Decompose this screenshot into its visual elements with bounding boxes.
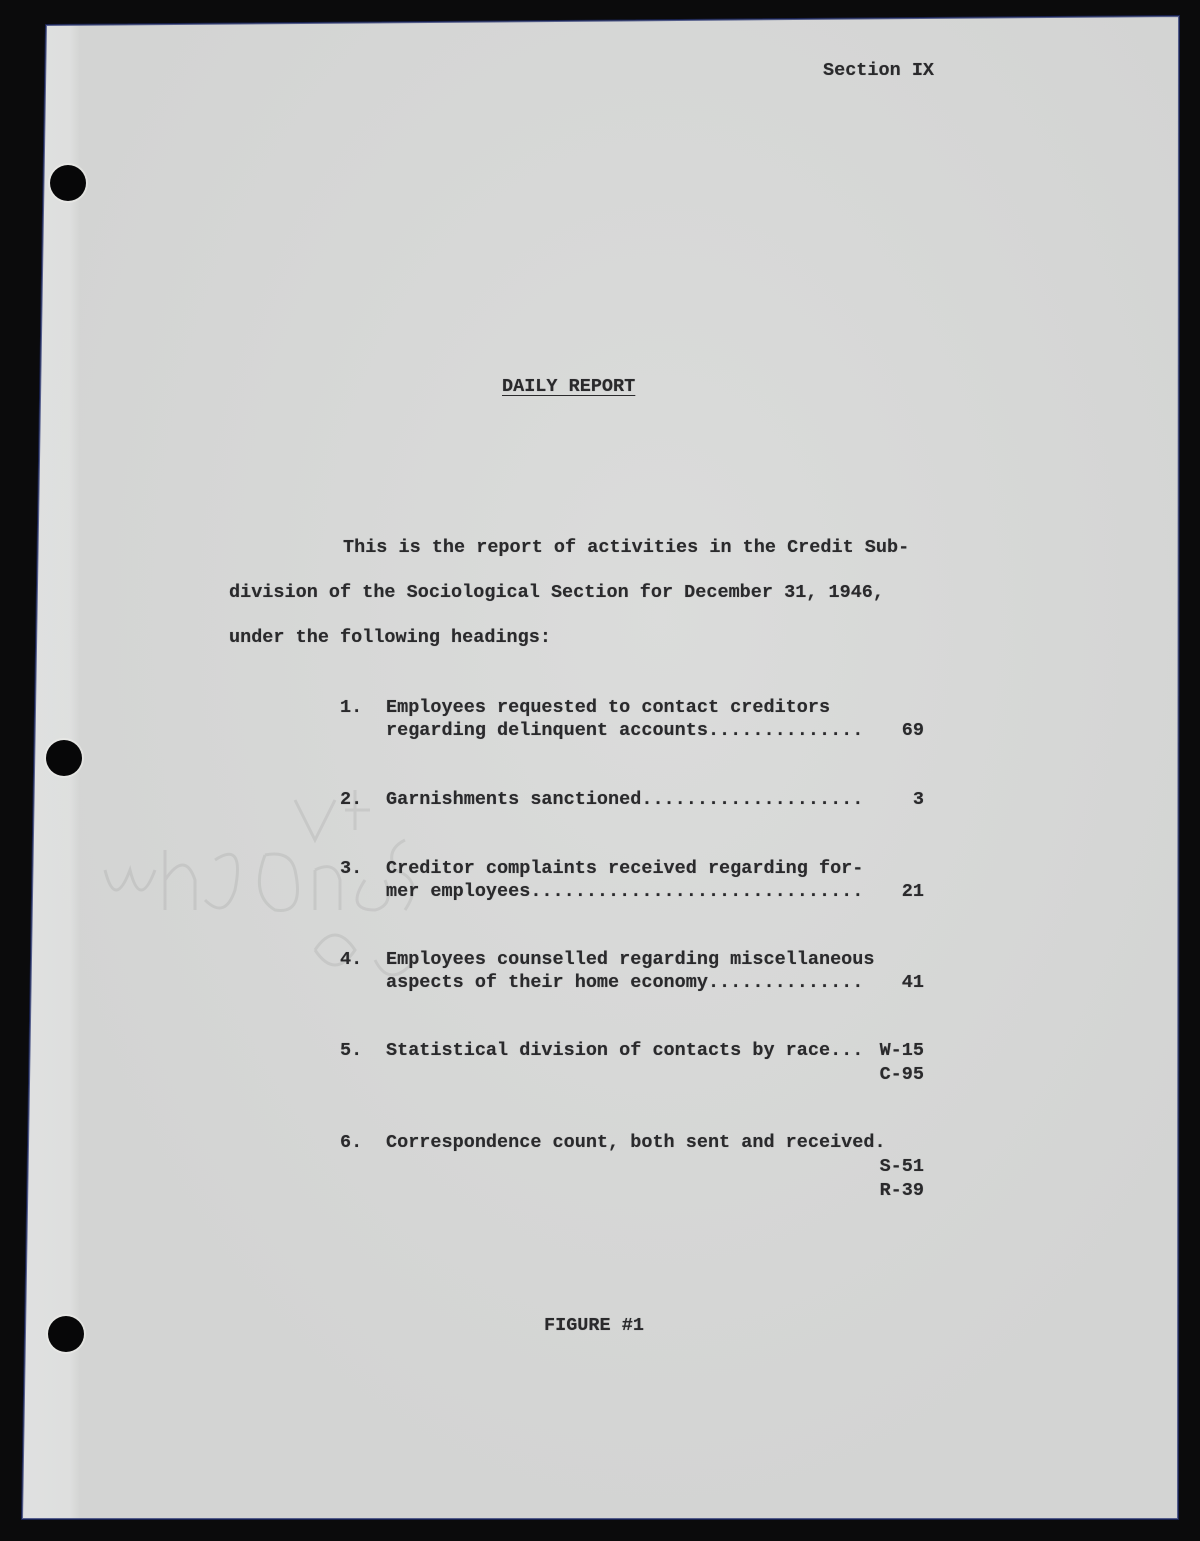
- item-number: 4.: [340, 948, 362, 971]
- item-text-line-1: Garnishments sanctioned.................…: [386, 788, 863, 811]
- paper-texture: [0, 0, 1200, 1541]
- item-value-colored: C-95: [880, 1063, 924, 1086]
- item-value: 21: [902, 880, 924, 903]
- punch-hole-top: [50, 165, 86, 201]
- item-number: 5.: [340, 1039, 362, 1062]
- punch-hole-middle: [46, 740, 82, 776]
- item-value: 41: [902, 971, 924, 994]
- item-value-received: R-39: [880, 1179, 924, 1202]
- item-text-line-2: mer employees...........................…: [386, 880, 863, 903]
- intro-line-2: division of the Sociological Section for…: [229, 581, 884, 604]
- figure-label: FIGURE #1: [544, 1314, 644, 1337]
- item-value-white: W-15: [880, 1039, 924, 1062]
- item-value: 69: [902, 719, 924, 742]
- intro-line-3: under the following headings:: [229, 626, 551, 649]
- page-title: DAILY REPORT: [502, 375, 635, 398]
- section-label: Section IX: [823, 59, 934, 82]
- intro-line-1: This is the report of activities in the …: [343, 536, 909, 559]
- item-text-line-1: Employees requested to contact creditors: [386, 696, 830, 719]
- item-number: 3.: [340, 857, 362, 880]
- punch-hole-bottom: [48, 1316, 84, 1352]
- item-number: 1.: [340, 696, 362, 719]
- item-text-line-1: Statistical division of contacts by race…: [386, 1039, 863, 1062]
- item-value-sent: S-51: [880, 1155, 924, 1178]
- item-text-line-1: Correspondence count, both sent and rece…: [386, 1131, 886, 1154]
- item-text-line-1: Creditor complaints received regarding f…: [386, 857, 863, 880]
- item-text-line-2: aspects of their home economy...........…: [386, 971, 863, 994]
- item-value: 3: [913, 788, 924, 811]
- item-text-line-2: regarding delinquent accounts...........…: [386, 719, 863, 742]
- item-text-line-1: Employees counselled regarding miscellan…: [386, 948, 874, 971]
- item-number: 2.: [340, 788, 362, 811]
- item-number: 6.: [340, 1131, 362, 1154]
